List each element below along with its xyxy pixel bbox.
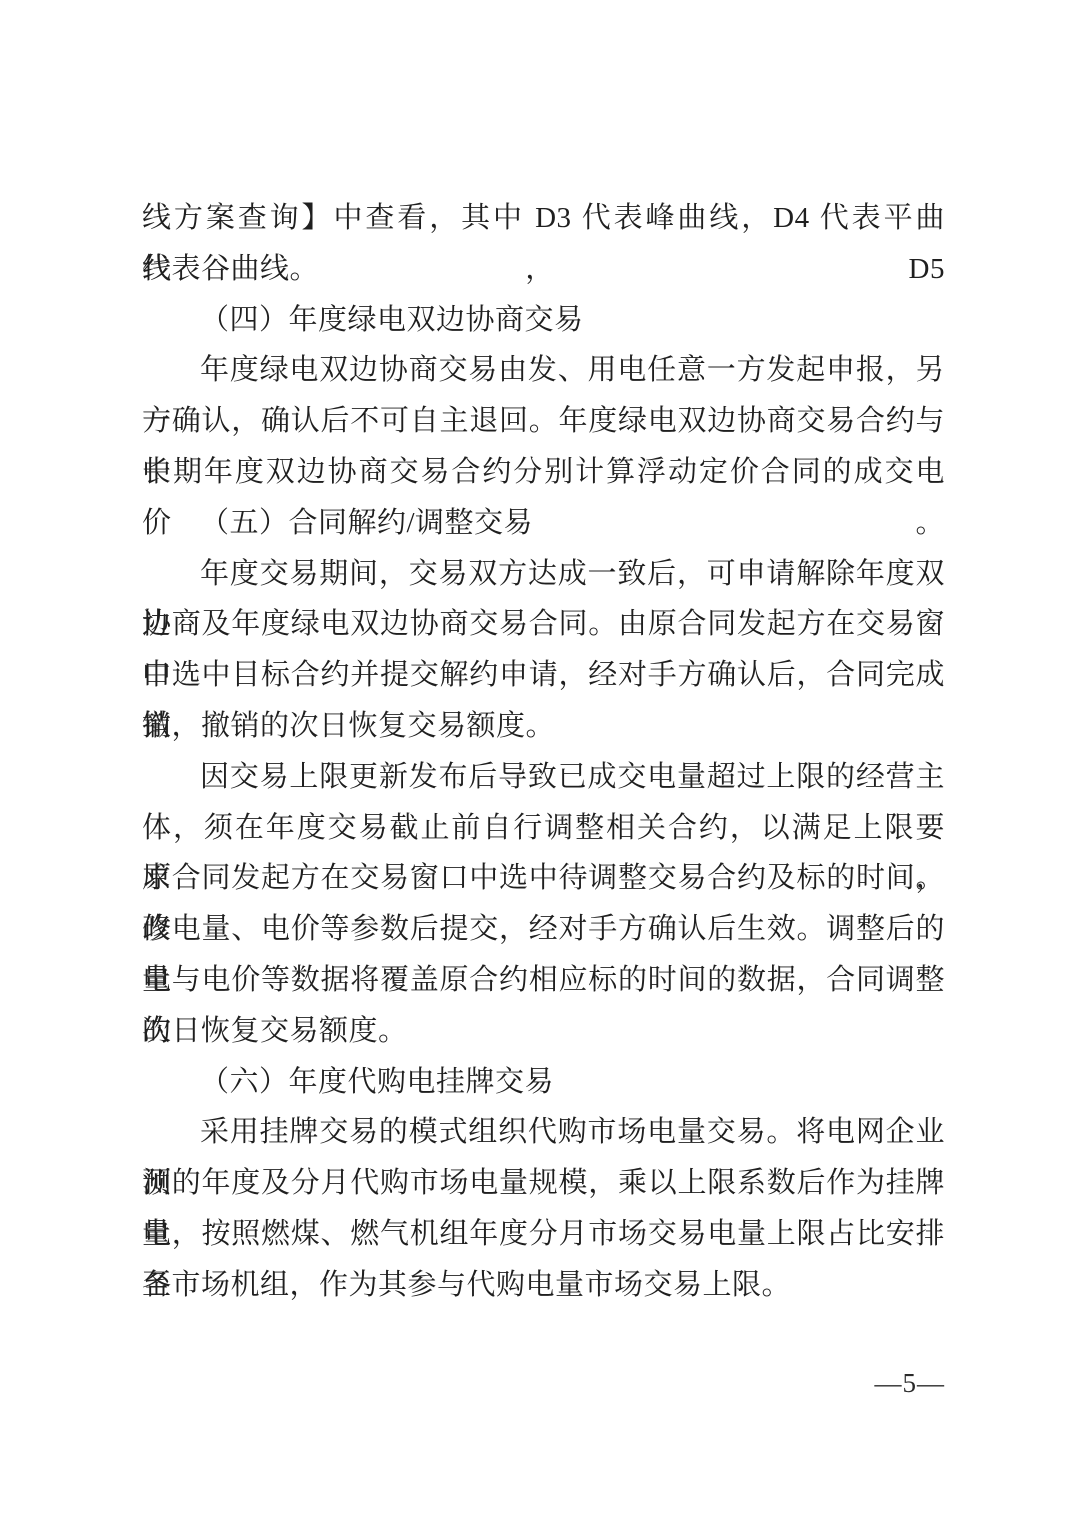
text-line: 因交易上限更新发布后导致已成交电量超过上限的经营主 <box>142 752 945 803</box>
text-line: 各市场机组，作为其参与代购电量市场交易上限。 <box>142 1260 945 1311</box>
body-text: 线方案查询】中查看，其中 D3 代表峰曲线，D4 代表平曲线，D5代表谷曲线。（… <box>142 193 945 1311</box>
text-line: 次日恢复交易额度。 <box>142 1006 945 1057</box>
text-line: 线方案查询】中查看，其中 D3 代表峰曲线，D4 代表平曲线，D5 <box>142 193 945 244</box>
page-number: —5— <box>0 1368 945 1399</box>
text-line: 量与电价等数据将覆盖原合约相应标的时间的数据，合同调整的 <box>142 955 945 1006</box>
text-line: （四）年度绿电双边协商交易 <box>142 295 945 346</box>
text-line: 方确认，确认后不可自主退回。年度绿电双边协商交易合约与中 <box>142 396 945 447</box>
text-line: 采用挂牌交易的模式组织代购市场电量交易。将电网企业预 <box>142 1107 945 1158</box>
text-line: 改电量、电价等参数后提交，经对手方确认后生效。调整后的电 <box>142 904 945 955</box>
document-page: 线方案查询】中查看，其中 D3 代表峰曲线，D4 代表平曲线，D5代表谷曲线。（… <box>0 0 1080 1527</box>
text-line: 体，须在年度交易截止前自行调整相关合约，以满足上限要求。 <box>142 803 945 854</box>
text-line: 原合同发起方在交易窗口中选中待调整交易合约及标的时间，修 <box>142 853 945 904</box>
text-line: 中选中目标合约并提交解约申请，经对手方确认后，合同完成撤 <box>142 650 945 701</box>
text-line: 测的年度及分月代购市场电量规模，乘以上限系数后作为挂牌电 <box>142 1158 945 1209</box>
text-line: 年度交易期间，交易双方达成一致后，可申请解除年度双边 <box>142 549 945 600</box>
text-line: 量，按照燃煤、燃气机组年度分月市场交易电量上限占比安排至 <box>142 1209 945 1260</box>
text-line: （六）年度代购电挂牌交易 <box>142 1057 945 1108</box>
text-line: 销，撤销的次日恢复交易额度。 <box>142 701 945 752</box>
text-line: 年度绿电双边协商交易由发、用电任意一方发起申报，另一 <box>142 345 945 396</box>
text-line: 长期年度双边协商交易合约分别计算浮动定价合同的成交电价。 <box>142 447 945 498</box>
text-line: 协商及年度绿电双边协商交易合同。由原合同发起方在交易窗口 <box>142 599 945 650</box>
